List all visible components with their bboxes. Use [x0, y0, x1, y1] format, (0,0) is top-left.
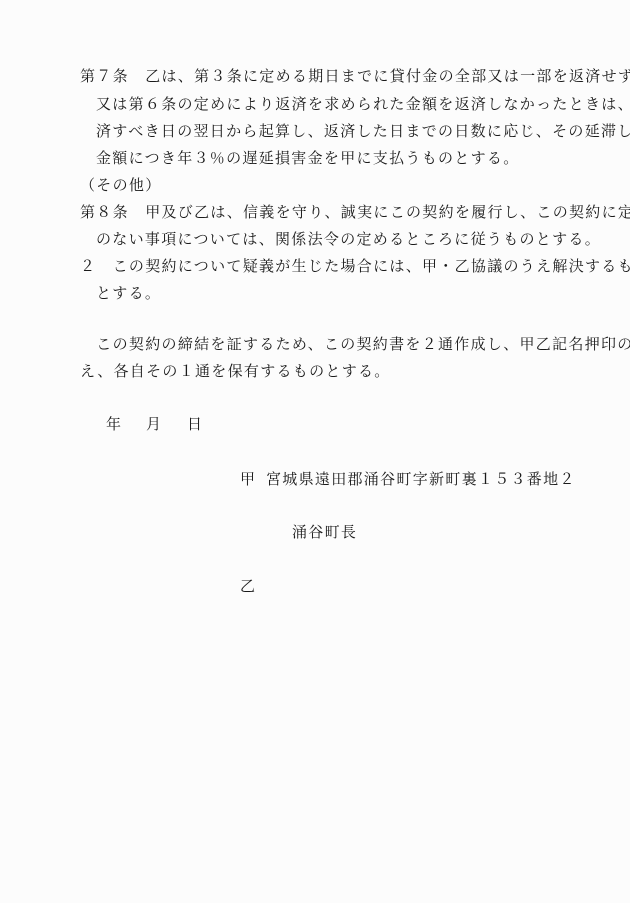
article-7-line-2: 又は第６条の定めにより返済を求められた金額を返済しなかったときは、返: [96, 94, 630, 114]
article-7-line-1: 第７条 乙は、第３条に定める期日までに貸付金の全部又は一部を返済せず、: [80, 66, 630, 86]
article-7-line-4: 金額につき年３％の遅延損害金を甲に支払うものとする。: [96, 148, 520, 168]
date-day-label: 日: [187, 414, 203, 434]
article-8-line-2: のない事項については、関係法令の定めるところに従うものとする。: [96, 229, 601, 249]
closing-line-1: この契約の締結を証するため、この契約書を２通作成し、甲乙記名押印のう: [80, 334, 630, 354]
article-8-para-2-line-2: とする。: [96, 283, 161, 303]
article-8-para-2-line-1: ２ この契約について疑義が生じた場合には、甲・乙協議のうえ解決するもの: [80, 256, 630, 276]
document-page: 第７条 乙は、第３条に定める期日までに貸付金の全部又は一部を返済せず、 又は第６…: [0, 0, 630, 903]
heading-other: （その他）: [80, 175, 162, 195]
date-year-label: 年: [106, 414, 122, 434]
party-a-title: 涌谷町長: [292, 522, 357, 542]
party-a-address: 宮城県遠田郡涌谷町字新町裏１５３番地２: [266, 469, 576, 489]
date-month-label: 月: [146, 414, 162, 434]
closing-line-2: え、各自その１通を保有するものとする。: [80, 361, 391, 381]
article-8-line-1: 第８条 甲及び乙は、信義を守り、誠実にこの契約を履行し、この契約に定め: [80, 202, 630, 222]
article-7-line-3: 済すべき日の翌日から起算し、返済した日までの日数に応じ、その延滞した: [96, 121, 630, 141]
party-b-label: 乙: [240, 576, 256, 596]
party-a-label: 甲: [240, 469, 256, 489]
